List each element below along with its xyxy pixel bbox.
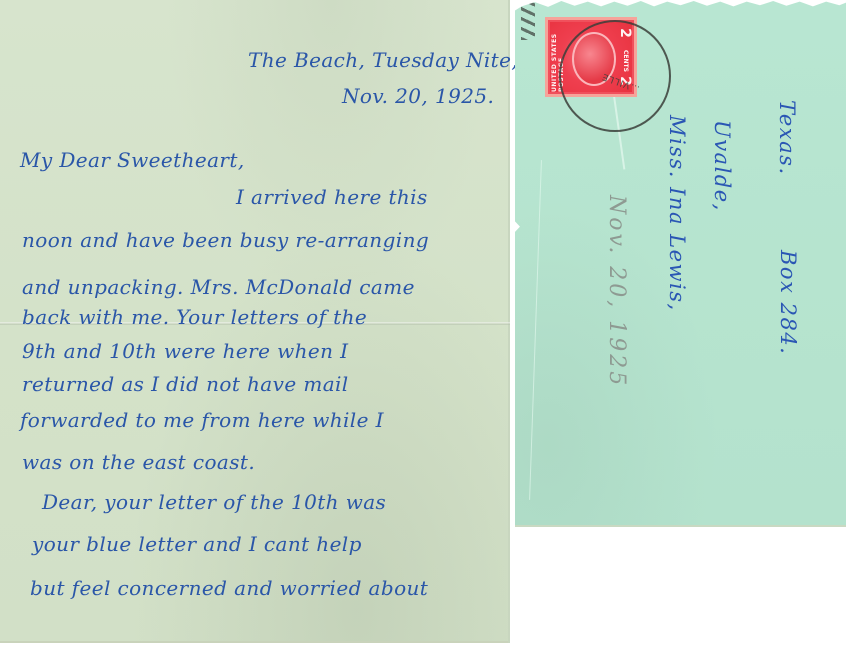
address-recipient-name: Miss. Ina Lewis, — [666, 115, 687, 312]
envelope: UNITED STATES POSTAGE 2 CENTS 2 …VILLE N… — [515, 0, 846, 527]
postmark-circle: …VILLE — [559, 20, 671, 132]
letter-line: noon and have been busy re-arranging — [22, 230, 429, 250]
letter-line: Dear, your letter of the 10th was — [42, 492, 386, 512]
letter-heading-place: The Beach, Tuesday Nite, — [248, 50, 518, 70]
envelope-crease — [529, 160, 542, 500]
letter-heading-date: Nov. 20, 1925. — [342, 86, 494, 106]
letter-line: forwarded to me from here while I — [20, 410, 384, 430]
letter-line: but feel concerned and worried about — [30, 578, 428, 598]
address-city: Uvalde, — [711, 120, 732, 212]
handwritten-letter-page: The Beach, Tuesday Nite, Nov. 20, 1925. … — [0, 0, 510, 643]
letter-line: I arrived here this — [236, 187, 428, 207]
letter-line: 9th and 10th were here when I — [22, 341, 348, 361]
pencil-date-note: Nov. 20, 1925 — [605, 195, 627, 388]
letter-line: your blue letter and I cant help — [32, 534, 362, 554]
postmark-cancellation-bars — [521, 0, 535, 40]
letter-line: and unpacking. Mrs. McDonald came — [22, 277, 415, 297]
scanned-document-stage: The Beach, Tuesday Nite, Nov. 20, 1925. … — [0, 0, 846, 645]
letter-line: returned as I did not have mail — [22, 374, 349, 394]
letter-salutation: My Dear Sweetheart, — [20, 150, 245, 170]
postmark-text: …VILLE — [600, 71, 641, 94]
letter-line: back with me. Your letters of the — [22, 307, 367, 327]
letter-line: was on the east coast. — [22, 452, 255, 472]
address-po-box: Box 284. — [777, 250, 798, 355]
address-state: Texas. — [776, 100, 797, 176]
